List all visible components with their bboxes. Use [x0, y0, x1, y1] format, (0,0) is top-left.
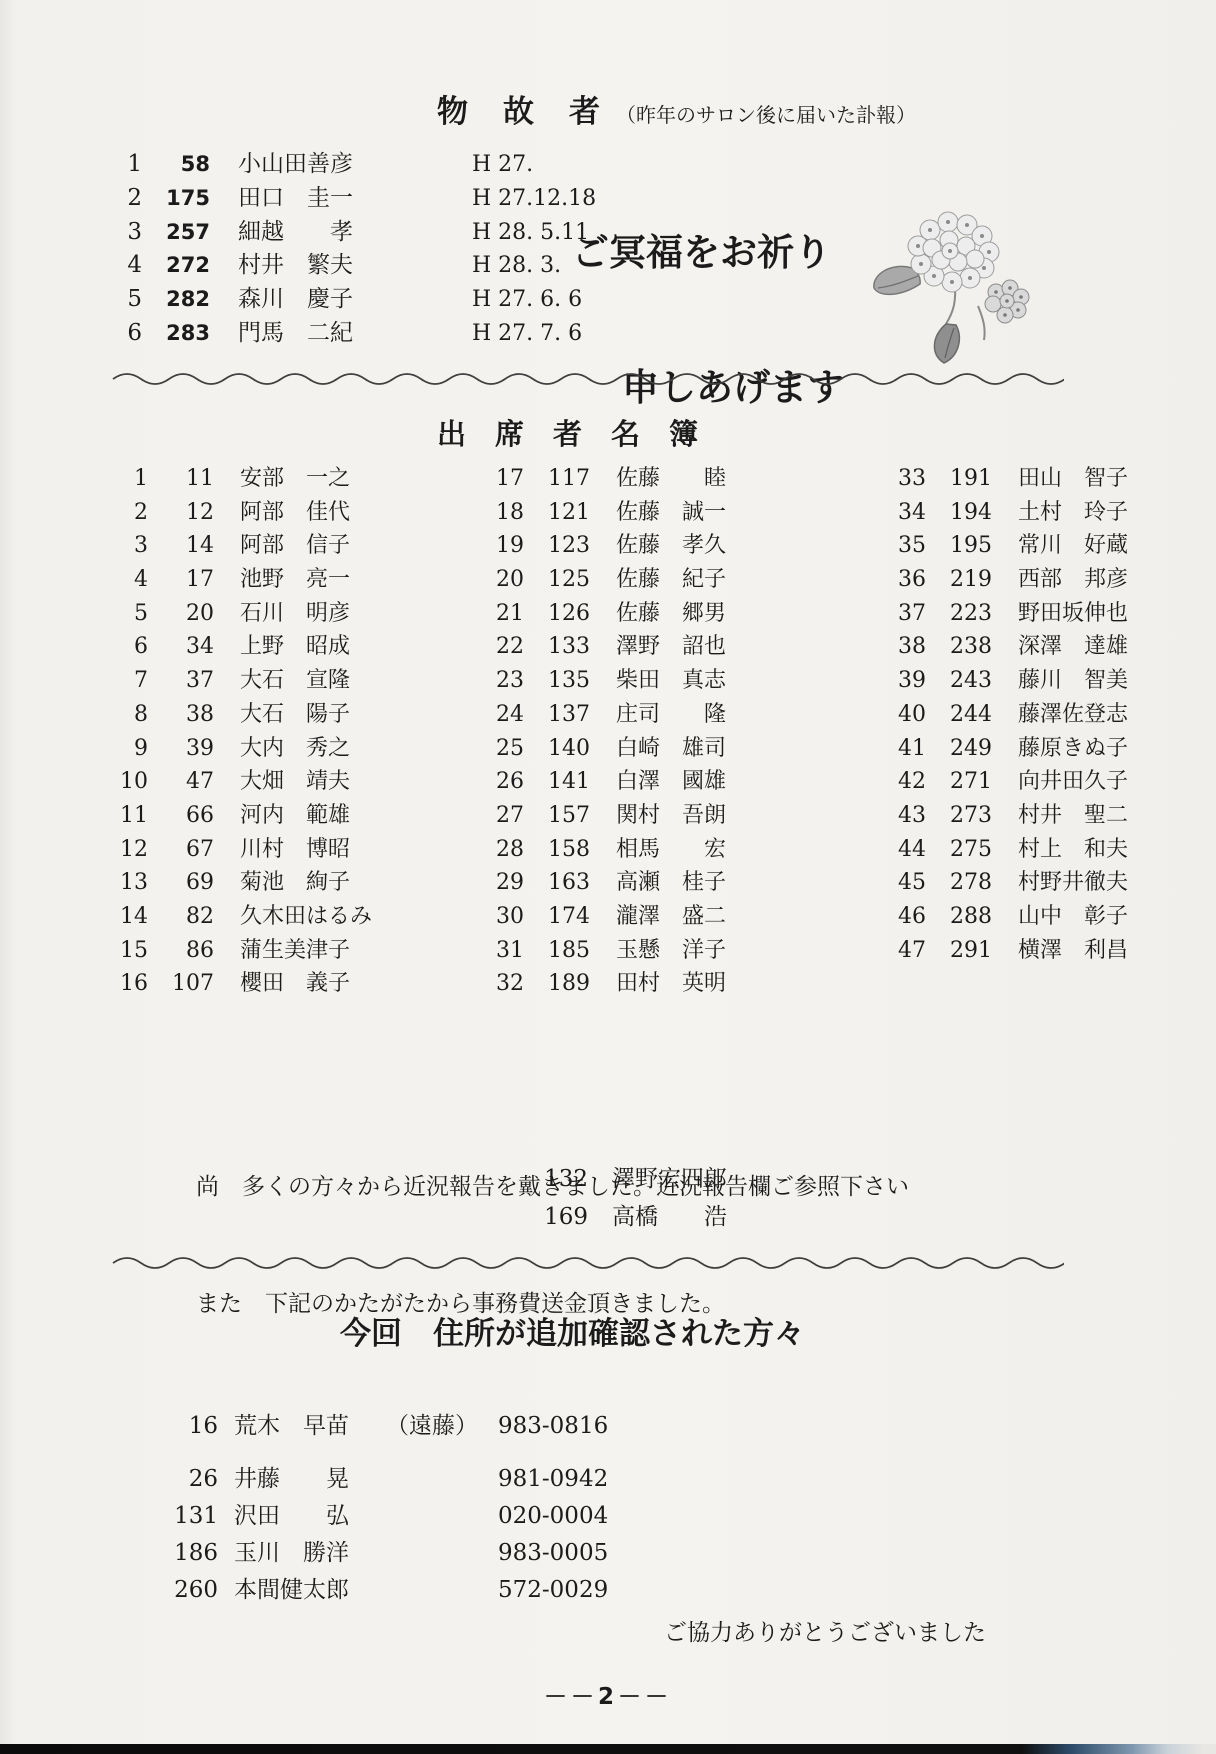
- attendee-num: 244: [934, 698, 992, 732]
- attendee-seq: 21: [494, 597, 524, 631]
- address-name: 沢田 弘: [234, 1498, 370, 1535]
- deceased-name: 門馬 二紀: [218, 317, 452, 351]
- attendee-seq: 40: [896, 698, 926, 732]
- attendee-seq: 32: [494, 967, 524, 1001]
- attendee-name: 田山 智子: [1000, 462, 1128, 496]
- attendee-num: 126: [532, 597, 590, 631]
- deceased-num: 282: [150, 283, 210, 317]
- attendee-name: 白澤 國雄: [598, 765, 726, 799]
- deceased-seq: 1: [118, 148, 142, 182]
- address-list: 16荒木 早苗（遠藤）983-081626井藤 晃981-0942131沢田 弘…: [140, 1408, 608, 1609]
- deceased-seq: 5: [118, 283, 142, 317]
- attendee-name: 西部 邦彦: [1000, 563, 1128, 597]
- address-row: 16荒木 早苗（遠藤）983-0816: [140, 1408, 608, 1445]
- address-note: [386, 1572, 482, 1609]
- attendee-row: 35195常川 好蔵: [896, 529, 1128, 563]
- address-num: 16: [140, 1408, 218, 1445]
- attendee-column-1: 111安部 一之212阿部 佳代314阿部 信子417池野 亮一520石川 明彦…: [118, 462, 372, 1001]
- deceased-seq: 3: [118, 216, 142, 250]
- deceased-section-title: 物 故 者: [437, 86, 602, 131]
- attendee-name: 河内 範雄: [222, 799, 372, 833]
- attendee-num: 238: [934, 630, 992, 664]
- attendee-name: 佐藤 紀子: [598, 563, 726, 597]
- attendee-seq: 13: [118, 866, 148, 900]
- attendee-seq: 41: [896, 732, 926, 766]
- attendee-row: 46288山中 彰子: [896, 900, 1128, 934]
- attendee-row: 28158相馬 宏: [494, 833, 726, 867]
- attendee-row: 737大石 宣隆: [118, 664, 372, 698]
- attendee-seq: 42: [896, 765, 926, 799]
- attendee-row: 16107櫻田 義子: [118, 967, 372, 1001]
- attendee-name: 大畑 靖夫: [222, 765, 372, 799]
- attendee-name: 川村 博昭: [222, 833, 372, 867]
- address-postal: 981-0942: [498, 1461, 608, 1498]
- attendee-section-title: 出 席 者 名 簿: [437, 412, 698, 453]
- deceased-row: 3257細越 孝H 28. 5.11: [118, 216, 596, 250]
- attendee-seq: 39: [896, 664, 926, 698]
- attendee-seq: 26: [494, 765, 524, 799]
- attendee-num: 117: [532, 462, 590, 496]
- attendee-row: 40244藤澤佐登志: [896, 698, 1128, 732]
- attendee-row: 45278村野井徹夫: [896, 866, 1128, 900]
- attendee-num: 140: [532, 732, 590, 766]
- attendee-num: 243: [934, 664, 992, 698]
- attendee-num: 12: [156, 496, 214, 530]
- attendee-row: 939大内 秀之: [118, 732, 372, 766]
- attendee-row: 1267川村 博昭: [118, 833, 372, 867]
- attendee-name: 池野 亮一: [222, 563, 372, 597]
- remit-name: 澤野宏四郎: [612, 1160, 727, 1198]
- attendee-name: 村井 聖二: [1000, 799, 1128, 833]
- attendee-row: 41249藤原きぬ子: [896, 732, 1128, 766]
- attendee-name: 大内 秀之: [222, 732, 372, 766]
- attendee-column-3: 33191田山 智子34194土村 玲子35195常川 好蔵36219西部 邦彦…: [896, 462, 1128, 967]
- attendee-seq: 43: [896, 799, 926, 833]
- attendee-num: 189: [532, 967, 590, 1001]
- attendee-row: 42271向井田久子: [896, 765, 1128, 799]
- attendee-row: 1586蒲生美津子: [118, 934, 372, 968]
- attendee-row: 314阿部 信子: [118, 529, 372, 563]
- address-postal: 572-0029: [498, 1572, 608, 1609]
- hydrangea-flower-icon: [858, 196, 1043, 366]
- attendee-name: 安部 一之: [222, 462, 372, 496]
- attendee-name: 上野 昭成: [222, 630, 372, 664]
- attendee-name: 佐藤 孝久: [598, 529, 726, 563]
- attendee-row: 47291横澤 利昌: [896, 934, 1128, 968]
- attendee-num: 38: [156, 698, 214, 732]
- attendee-name: 相馬 宏: [598, 833, 726, 867]
- attendee-name: 大石 陽子: [222, 698, 372, 732]
- attendee-seq: 1: [118, 462, 148, 496]
- attendee-num: 288: [934, 900, 992, 934]
- wavy-divider: [112, 1254, 1064, 1272]
- attendee-row: 17117佐藤 睦: [494, 462, 726, 496]
- attendee-name: 野田坂伸也: [1000, 597, 1128, 631]
- address-note: [386, 1461, 482, 1498]
- attendee-num: 39: [156, 732, 214, 766]
- attendee-row: 39243藤川 智美: [896, 664, 1128, 698]
- attendee-name: 瀧澤 盛二: [598, 900, 726, 934]
- attendee-num: 82: [156, 900, 214, 934]
- attendee-num: 219: [934, 563, 992, 597]
- attendee-name: 佐藤 誠一: [598, 496, 726, 530]
- deceased-row: 2175田口 圭一H 27.12.18: [118, 182, 596, 216]
- attendee-seq: 31: [494, 934, 524, 968]
- remit-row: 132澤野宏四郎: [508, 1160, 727, 1198]
- attendee-row: 33191田山 智子: [896, 462, 1128, 496]
- attendee-num: 273: [934, 799, 992, 833]
- deceased-row: 6283門馬 二紀H 27. 7. 6: [118, 317, 596, 351]
- attendee-seq: 9: [118, 732, 148, 766]
- attendee-row: 26141白澤 國雄: [494, 765, 726, 799]
- attendee-row: 212阿部 佳代: [118, 496, 372, 530]
- attendee-seq: 24: [494, 698, 524, 732]
- attendee-num: 123: [532, 529, 590, 563]
- attendee-name: 山中 彰子: [1000, 900, 1128, 934]
- attendee-seq: 30: [494, 900, 524, 934]
- remit-num: 132: [508, 1160, 588, 1198]
- address-note: [386, 1535, 482, 1572]
- attendee-seq: 12: [118, 833, 148, 867]
- attendee-num: 185: [532, 934, 590, 968]
- attendee-name: 常川 好蔵: [1000, 529, 1128, 563]
- attendee-num: 174: [532, 900, 590, 934]
- attendee-num: 11: [156, 462, 214, 496]
- attendee-num: 158: [532, 833, 590, 867]
- deceased-row: 4272村井 繁夫H 28. 3.: [118, 249, 596, 283]
- attendee-row: 32189田村 英明: [494, 967, 726, 1001]
- attendee-row: 31185玉懸 洋子: [494, 934, 726, 968]
- attendee-row: 24137庄司 隆: [494, 698, 726, 732]
- attendee-row: 38238深澤 達雄: [896, 630, 1128, 664]
- attendee-row: 111安部 一之: [118, 462, 372, 496]
- remittance-list: 132澤野宏四郎169高橋 浩: [508, 1160, 727, 1236]
- address-note: [386, 1498, 482, 1535]
- attendee-seq: 7: [118, 664, 148, 698]
- attendee-seq: 37: [896, 597, 926, 631]
- attendee-num: 137: [532, 698, 590, 732]
- attendee-seq: 6: [118, 630, 148, 664]
- attendee-name: 石川 明彦: [222, 597, 372, 631]
- address-num: 186: [140, 1535, 218, 1572]
- attendee-num: 291: [934, 934, 992, 968]
- attendee-row: 1047大畑 靖夫: [118, 765, 372, 799]
- attendee-name: 柴田 真志: [598, 664, 726, 698]
- remit-num: 169: [508, 1198, 588, 1236]
- attendee-name: 玉懸 洋子: [598, 934, 726, 968]
- attendee-num: 278: [934, 866, 992, 900]
- attendee-row: 34194土村 玲子: [896, 496, 1128, 530]
- attendee-row: 23135柴田 真志: [494, 664, 726, 698]
- attendee-num: 107: [156, 967, 214, 1001]
- attendee-name: 菊池 絢子: [222, 866, 372, 900]
- attendee-name: 庄司 隆: [598, 698, 726, 732]
- attendee-seq: 36: [896, 563, 926, 597]
- attendee-name: 澤野 詔也: [598, 630, 726, 664]
- deceased-num: 58: [150, 148, 210, 182]
- deceased-name: 田口 圭一: [218, 182, 452, 216]
- scan-edge-bar: [0, 1744, 1216, 1754]
- address-postal: 020-0004: [498, 1498, 608, 1535]
- attendee-name: 関村 吾朗: [598, 799, 726, 833]
- attendee-seq: 46: [896, 900, 926, 934]
- attendee-num: 34: [156, 630, 214, 664]
- attendee-num: 133: [532, 630, 590, 664]
- attendee-seq: 5: [118, 597, 148, 631]
- attendee-row: 634上野 昭成: [118, 630, 372, 664]
- deceased-seq: 6: [118, 317, 142, 351]
- attendee-name: 深澤 達雄: [1000, 630, 1128, 664]
- attendee-num: 69: [156, 866, 214, 900]
- attendee-num: 163: [532, 866, 590, 900]
- remit-name: 高橋 浩: [612, 1198, 727, 1236]
- attendee-num: 194: [934, 496, 992, 530]
- attendee-seq: 45: [896, 866, 926, 900]
- attendee-row: 838大石 陽子: [118, 698, 372, 732]
- attendee-num: 191: [934, 462, 992, 496]
- address-postal: 983-0005: [498, 1535, 608, 1572]
- attendee-seq: 35: [896, 529, 926, 563]
- attendee-name: 藤川 智美: [1000, 664, 1128, 698]
- attendee-num: 135: [532, 664, 590, 698]
- attendee-seq: 10: [118, 765, 148, 799]
- attendee-seq: 33: [896, 462, 926, 496]
- attendee-name: 阿部 佳代: [222, 496, 372, 530]
- address-postal: 983-0816: [498, 1408, 608, 1445]
- attendee-name: 佐藤 郷男: [598, 597, 726, 631]
- attendee-seq: 17: [494, 462, 524, 496]
- attendee-row: 20125佐藤 紀子: [494, 563, 726, 597]
- attendee-name: 土村 玲子: [1000, 496, 1128, 530]
- attendee-num: 20: [156, 597, 214, 631]
- deceased-name: 森川 慶子: [218, 283, 452, 317]
- scanned-document-page: 物 故 者 （昨年のサロン後に届いた訃報） 158小山田善彦H 27.2175田…: [0, 0, 1216, 1754]
- attendee-seq: 22: [494, 630, 524, 664]
- deceased-list: 158小山田善彦H 27.2175田口 圭一H 27.12.183257細越 孝…: [118, 148, 596, 351]
- attendee-row: 37223野田坂伸也: [896, 597, 1128, 631]
- attendee-num: 249: [934, 732, 992, 766]
- address-num: 131: [140, 1498, 218, 1535]
- address-row: 260本間健太郎572-0029: [140, 1572, 608, 1609]
- attendee-seq: 19: [494, 529, 524, 563]
- attendee-seq: 20: [494, 563, 524, 597]
- address-name: 本間健太郎: [234, 1572, 370, 1609]
- page-number: －－2－－: [0, 1678, 1216, 1711]
- attendee-name: 佐藤 睦: [598, 462, 726, 496]
- attendee-name: 阿部 信子: [222, 529, 372, 563]
- attendee-row: 25140白崎 雄司: [494, 732, 726, 766]
- deceased-name: 小山田善彦: [218, 148, 452, 182]
- address-name: 玉川 勝洋: [234, 1535, 370, 1572]
- attendee-row: 30174瀧澤 盛二: [494, 900, 726, 934]
- remit-row: 169高橋 浩: [508, 1198, 727, 1236]
- attendee-seq: 11: [118, 799, 148, 833]
- attendee-seq: 25: [494, 732, 524, 766]
- attendee-seq: 34: [896, 496, 926, 530]
- attendee-name: 櫻田 義子: [222, 967, 372, 1001]
- address-row: 26井藤 晃981-0942: [140, 1461, 608, 1498]
- attendee-seq: 38: [896, 630, 926, 664]
- attendee-num: 86: [156, 934, 214, 968]
- address-note: （遠藤）: [386, 1408, 482, 1445]
- attendee-name: 村上 和夫: [1000, 833, 1128, 867]
- attendee-seq: 29: [494, 866, 524, 900]
- attendee-num: 275: [934, 833, 992, 867]
- attendee-num: 67: [156, 833, 214, 867]
- attendee-seq: 3: [118, 529, 148, 563]
- attendee-row: 43273村井 聖二: [896, 799, 1128, 833]
- attendee-name: 田村 英明: [598, 967, 726, 1001]
- attendee-name: 久木田はるみ: [222, 900, 372, 934]
- deceased-num: 257: [150, 216, 210, 250]
- attendee-seq: 16: [118, 967, 148, 1001]
- attendee-name: 藤原きぬ子: [1000, 732, 1128, 766]
- attendee-seq: 2: [118, 496, 148, 530]
- attendee-seq: 47: [896, 934, 926, 968]
- deceased-section-subtitle: （昨年のサロン後に届いた訃報）: [616, 99, 916, 128]
- attendee-seq: 14: [118, 900, 148, 934]
- attendee-row: 29163高瀬 桂子: [494, 866, 726, 900]
- attendee-row: 21126佐藤 郷男: [494, 597, 726, 631]
- attendee-seq: 23: [494, 664, 524, 698]
- address-num: 26: [140, 1461, 218, 1498]
- address-row: 186玉川 勝洋983-0005: [140, 1535, 608, 1572]
- wavy-divider: [112, 370, 1064, 388]
- attendee-row: 22133澤野 詔也: [494, 630, 726, 664]
- attendee-row: 1166河内 範雄: [118, 799, 372, 833]
- attendee-num: 66: [156, 799, 214, 833]
- deceased-seq: 2: [118, 182, 142, 216]
- deceased-row: 5282森川 慶子H 27. 6. 6: [118, 283, 596, 317]
- attendee-seq: 18: [494, 496, 524, 530]
- attendee-row: 1369菊池 絢子: [118, 866, 372, 900]
- attendee-row: 36219西部 邦彦: [896, 563, 1128, 597]
- deceased-row: 158小山田善彦H 27.: [118, 148, 596, 182]
- address-num: 260: [140, 1572, 218, 1609]
- condolence-line1: ご冥福をお祈り: [572, 230, 844, 275]
- attendee-name: 藤澤佐登志: [1000, 698, 1128, 732]
- attendee-num: 195: [934, 529, 992, 563]
- attendee-row: 417池野 亮一: [118, 563, 372, 597]
- attendee-name: 横澤 利昌: [1000, 934, 1128, 968]
- attendee-seq: 28: [494, 833, 524, 867]
- attendee-row: 18121佐藤 誠一: [494, 496, 726, 530]
- attendee-name: 蒲生美津子: [222, 934, 372, 968]
- address-name: 荒木 早苗: [234, 1408, 370, 1445]
- address-section-title: 今回 住所が追加確認された方々: [340, 1308, 805, 1353]
- attendee-notes: 尚 多くの方々から近況報告を戴きました。近況報告欄ご参照下さい また 下記のかた…: [196, 1090, 909, 1402]
- deceased-seq: 4: [118, 249, 142, 283]
- deceased-name: 細越 孝: [218, 216, 452, 250]
- attendee-seq: 44: [896, 833, 926, 867]
- attendee-name: 高瀬 桂子: [598, 866, 726, 900]
- attendee-name: 大石 宣隆: [222, 664, 372, 698]
- address-row: 131沢田 弘020-0004: [140, 1498, 608, 1535]
- attendee-num: 271: [934, 765, 992, 799]
- attendee-seq: 15: [118, 934, 148, 968]
- attendee-num: 17: [156, 563, 214, 597]
- attendee-num: 121: [532, 496, 590, 530]
- attendee-name: 白崎 雄司: [598, 732, 726, 766]
- deceased-name: 村井 繁夫: [218, 249, 452, 283]
- deceased-num: 272: [150, 249, 210, 283]
- attendee-seq: 8: [118, 698, 148, 732]
- attendee-seq: 27: [494, 799, 524, 833]
- attendee-name: 向井田久子: [1000, 765, 1128, 799]
- attendee-num: 125: [532, 563, 590, 597]
- attendee-num: 141: [532, 765, 590, 799]
- attendee-row: 520石川 明彦: [118, 597, 372, 631]
- address-name: 井藤 晃: [234, 1461, 370, 1498]
- attendee-name: 村野井徹夫: [1000, 866, 1128, 900]
- attendee-row: 27157関村 吾朗: [494, 799, 726, 833]
- deceased-num: 175: [150, 182, 210, 216]
- deceased-num: 283: [150, 317, 210, 351]
- attendee-column-2: 17117佐藤 睦18121佐藤 誠一19123佐藤 孝久20125佐藤 紀子2…: [494, 462, 726, 1001]
- attendee-row: 19123佐藤 孝久: [494, 529, 726, 563]
- attendee-num: 37: [156, 664, 214, 698]
- attendee-row: 1482久木田はるみ: [118, 900, 372, 934]
- thanks-message: ご協力ありがとうございました: [664, 1614, 986, 1647]
- attendee-num: 47: [156, 765, 214, 799]
- attendee-seq: 4: [118, 563, 148, 597]
- attendee-num: 157: [532, 799, 590, 833]
- attendee-num: 223: [934, 597, 992, 631]
- attendee-num: 14: [156, 529, 214, 563]
- attendee-row: 44275村上 和夫: [896, 833, 1128, 867]
